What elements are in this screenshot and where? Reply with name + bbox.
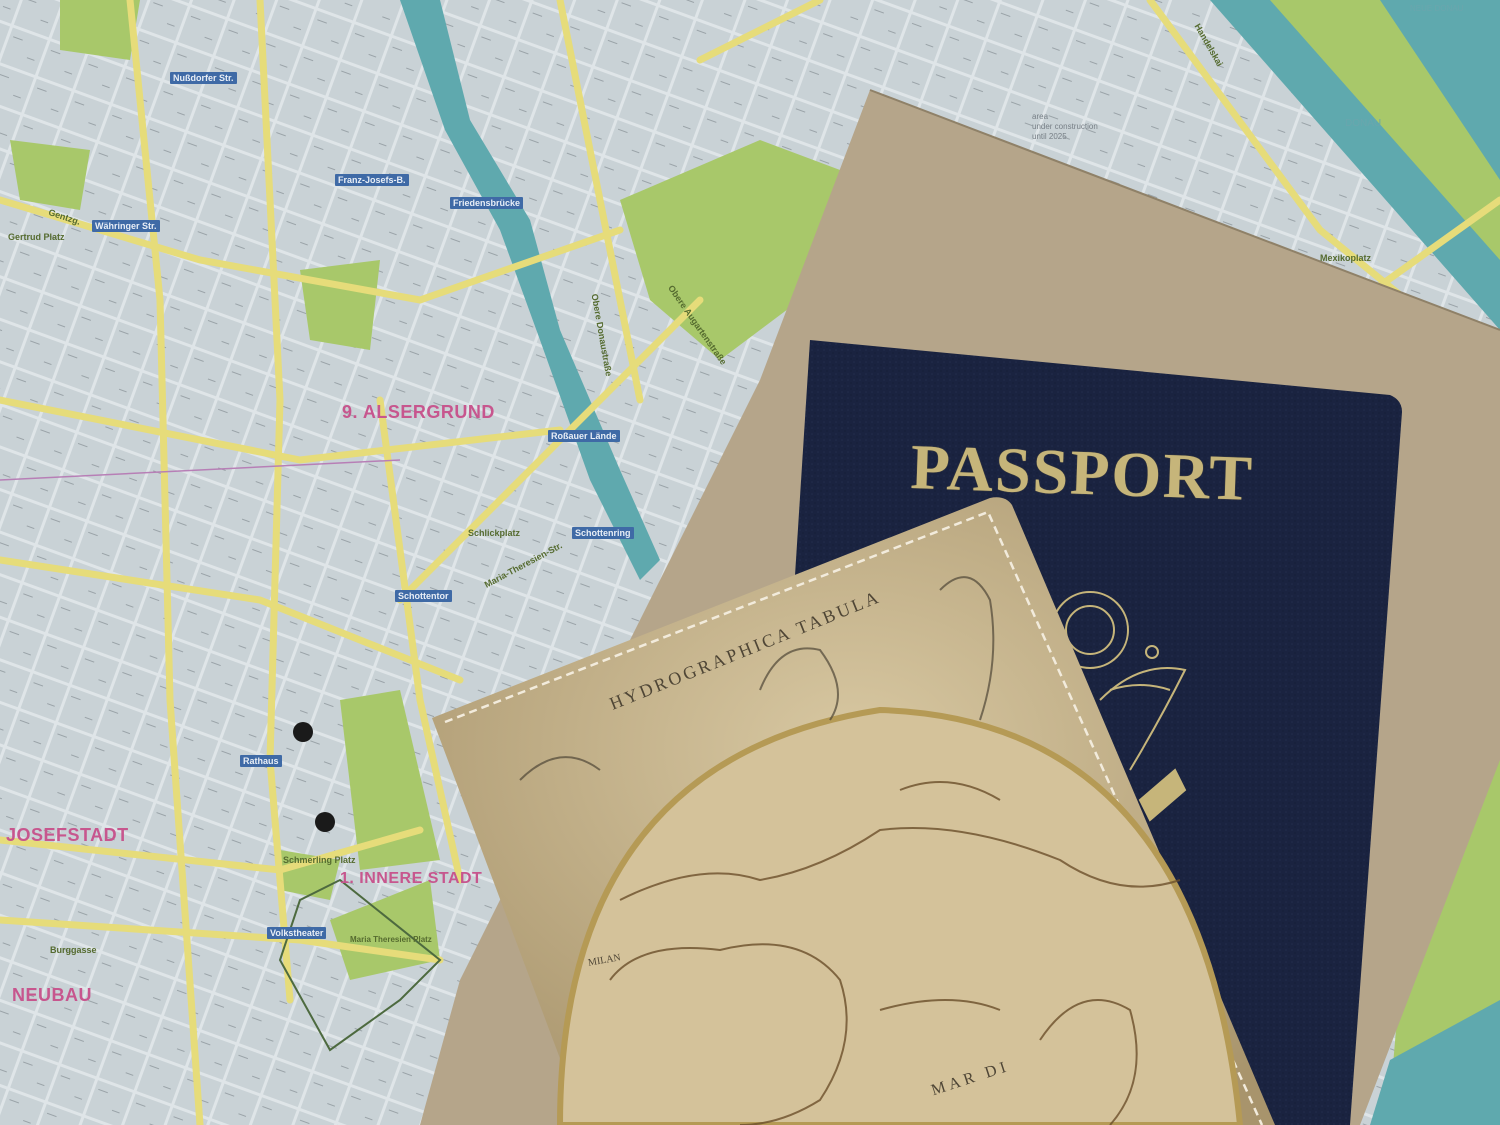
photo-scene [0,0,1500,1125]
street-label: Gertrud Platz [8,232,65,242]
station-label: Roßauer Lände [548,430,620,442]
note-line: under construction [1032,122,1098,132]
station-label: Währinger Str. [92,220,160,232]
station-label: Volkstheater [267,927,326,939]
water-label: NEUE DONAU [1410,4,1463,13]
station-label: Schottentor [395,590,452,602]
station-label: Schottenring [572,527,634,539]
street-label: Schmerling Platz [283,855,356,865]
map-note: area under construction until 2025 [1032,112,1098,142]
street-label: Burggasse [50,945,97,955]
district-label: 9. ALSERGRUND [342,402,495,423]
station-label: Friedensbrücke [450,197,523,209]
note-line: area [1032,112,1098,122]
district-label: 1. INNERE STADT [340,870,482,888]
district-label: JOSEFSTADT [6,825,129,846]
water-label: DONAU [1345,118,1381,129]
station-label: Nußdorfer Str. [170,72,237,84]
station-label: Rathaus [240,755,282,767]
street-label: Maria Theresien Platz [350,935,432,944]
street-label: Mexikoplatz [1320,253,1371,263]
note-line: until 2025 [1032,132,1098,142]
district-label: NEUBAU [12,985,92,1006]
station-label: Franz-Josefs-B. [335,174,409,186]
passport-title: PASSPORT [909,430,1255,516]
street-label: Schlickplatz [468,528,520,538]
